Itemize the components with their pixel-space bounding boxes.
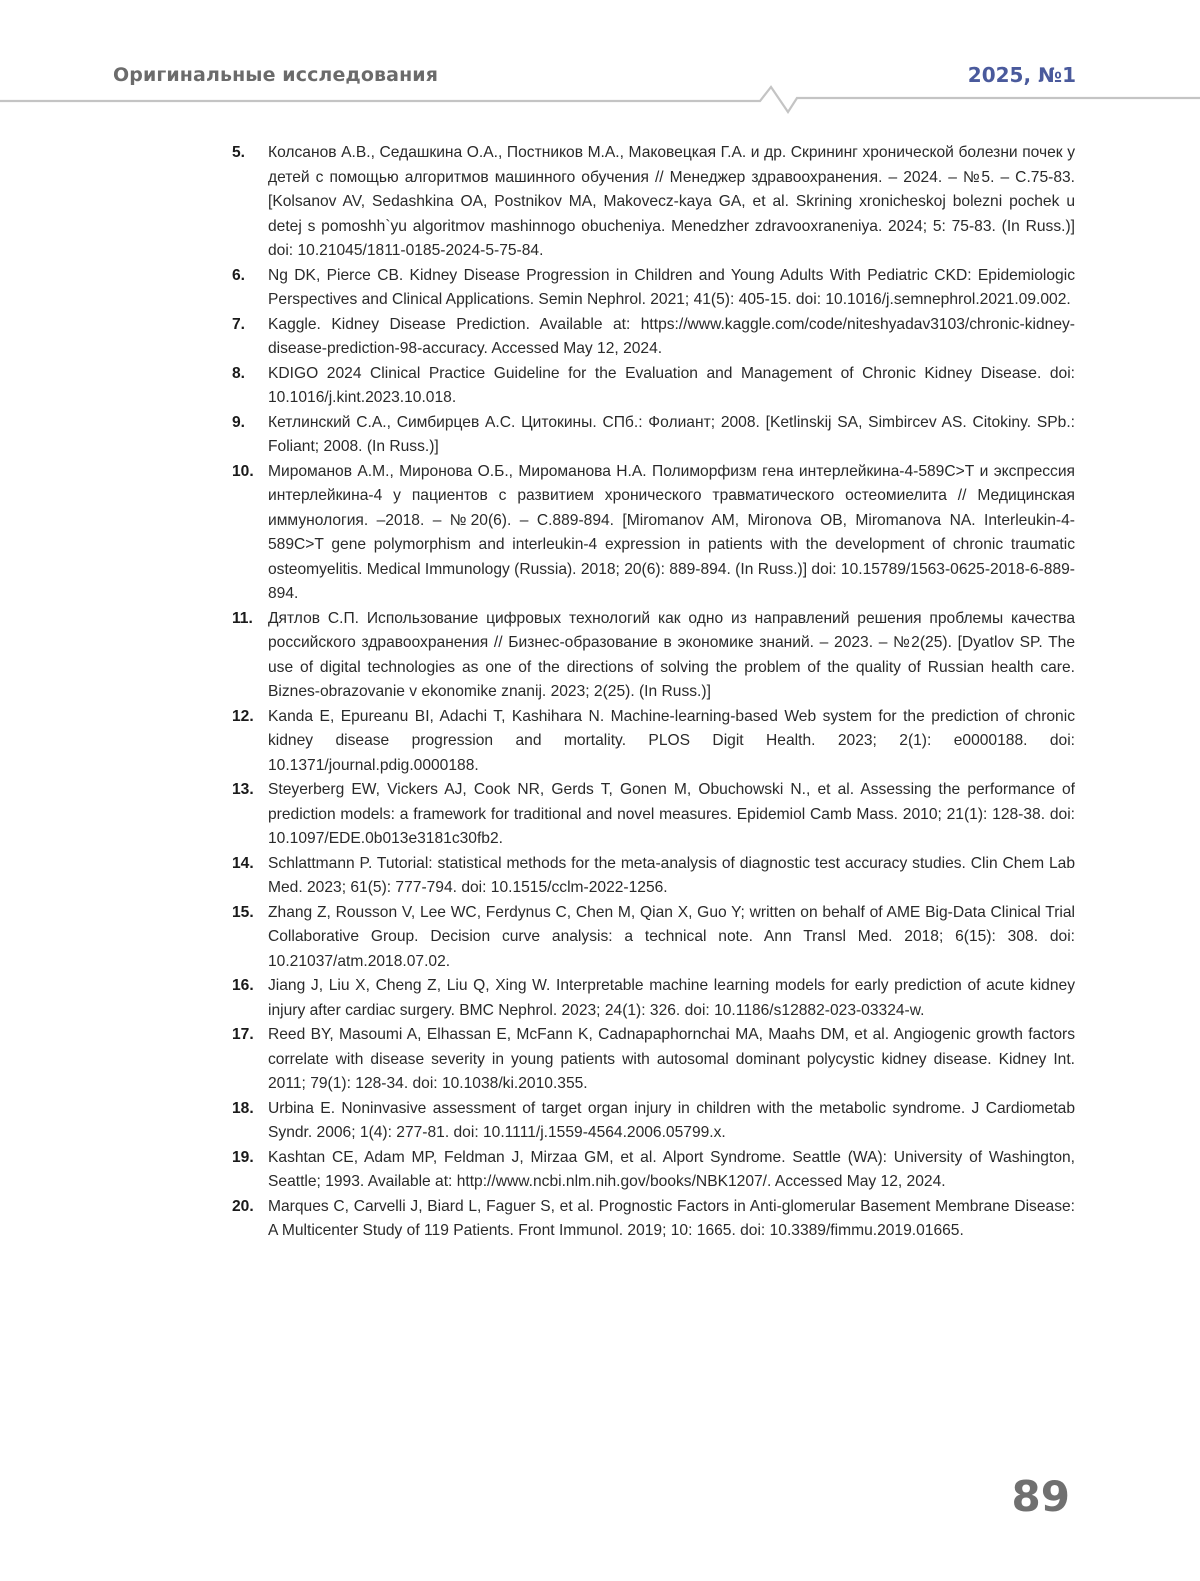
reference-text: Kashtan CE, Adam MP, Feldman J, Mirzaa G… <box>268 1146 1075 1195</box>
reference-item: 13.Steyerberg EW, Vickers AJ, Cook NR, G… <box>232 778 1075 852</box>
reference-number: 8. <box>232 362 268 411</box>
reference-item: 19.Kashtan CE, Adam MP, Feldman J, Mirza… <box>232 1146 1075 1195</box>
reference-item: 9.Кетлинский С.А., Симбирцев А.С. Цитоки… <box>232 411 1075 460</box>
reference-text: Kaggle. Kidney Disease Prediction. Avail… <box>268 313 1075 362</box>
reference-item: 20.Marques C, Carvelli J, Biard L, Fague… <box>232 1195 1075 1244</box>
reference-item: 6.Ng DK, Pierce CB. Kidney Disease Progr… <box>232 264 1075 313</box>
reference-item: 17.Reed BY, Masoumi A, Elhassan E, McFan… <box>232 1023 1075 1097</box>
header-rule-divider <box>0 80 1200 120</box>
reference-text: Мироманов А.М., Миронова О.Б., Мироманов… <box>268 460 1075 607</box>
reference-number: 16. <box>232 974 268 1023</box>
reference-text: Дятлов С.П. Использование цифровых техно… <box>268 607 1075 705</box>
reference-list: 5.Колсанов А.В., Седашкина О.А., Постник… <box>232 141 1075 1244</box>
reference-item: 5.Колсанов А.В., Седашкина О.А., Постник… <box>232 141 1075 264</box>
reference-text: Reed BY, Masoumi A, Elhassan E, McFann K… <box>268 1023 1075 1097</box>
reference-number: 18. <box>232 1097 268 1146</box>
reference-number: 14. <box>232 852 268 901</box>
reference-text: Колсанов А.В., Седашкина О.А., Постников… <box>268 141 1075 264</box>
reference-text: KDIGO 2024 Clinical Practice Guideline f… <box>268 362 1075 411</box>
reference-number: 19. <box>232 1146 268 1195</box>
reference-number: 6. <box>232 264 268 313</box>
reference-item: 16.Jiang J, Liu X, Cheng Z, Liu Q, Xing … <box>232 974 1075 1023</box>
reference-number: 20. <box>232 1195 268 1244</box>
reference-text: Steyerberg EW, Vickers AJ, Cook NR, Gerd… <box>268 778 1075 852</box>
reference-item: 15.Zhang Z, Rousson V, Lee WC, Ferdynus … <box>232 901 1075 975</box>
reference-number: 17. <box>232 1023 268 1097</box>
reference-item: 10.Мироманов А.М., Миронова О.Б., Мирома… <box>232 460 1075 607</box>
reference-item: 12.Kanda E, Epureanu BI, Adachi T, Kashi… <box>232 705 1075 779</box>
reference-text: Кетлинский С.А., Симбирцев А.С. Цитокины… <box>268 411 1075 460</box>
reference-number: 15. <box>232 901 268 975</box>
reference-number: 10. <box>232 460 268 607</box>
page-number: 89 <box>1012 1472 1070 1521</box>
reference-text: Zhang Z, Rousson V, Lee WC, Ferdynus C, … <box>268 901 1075 975</box>
reference-item: 14.Schlattmann P. Tutorial: statistical … <box>232 852 1075 901</box>
reference-text: Schlattmann P. Tutorial: statistical met… <box>268 852 1075 901</box>
reference-number: 11. <box>232 607 268 705</box>
reference-item: 7.Kaggle. Kidney Disease Prediction. Ava… <box>232 313 1075 362</box>
reference-text: Urbina E. Noninvasive assessment of targ… <box>268 1097 1075 1146</box>
reference-number: 13. <box>232 778 268 852</box>
reference-text: Jiang J, Liu X, Cheng Z, Liu Q, Xing W. … <box>268 974 1075 1023</box>
reference-number: 5. <box>232 141 268 264</box>
reference-item: 11.Дятлов С.П. Использование цифровых те… <box>232 607 1075 705</box>
reference-text: Kanda E, Epureanu BI, Adachi T, Kashihar… <box>268 705 1075 779</box>
reference-number: 7. <box>232 313 268 362</box>
reference-number: 9. <box>232 411 268 460</box>
reference-text: Marques C, Carvelli J, Biard L, Faguer S… <box>268 1195 1075 1244</box>
reference-item: 8. KDIGO 2024 Clinical Practice Guidelin… <box>232 362 1075 411</box>
reference-number: 12. <box>232 705 268 779</box>
reference-item: 18.Urbina E. Noninvasive assessment of t… <box>232 1097 1075 1146</box>
reference-text: Ng DK, Pierce CB. Kidney Disease Progres… <box>268 264 1075 313</box>
